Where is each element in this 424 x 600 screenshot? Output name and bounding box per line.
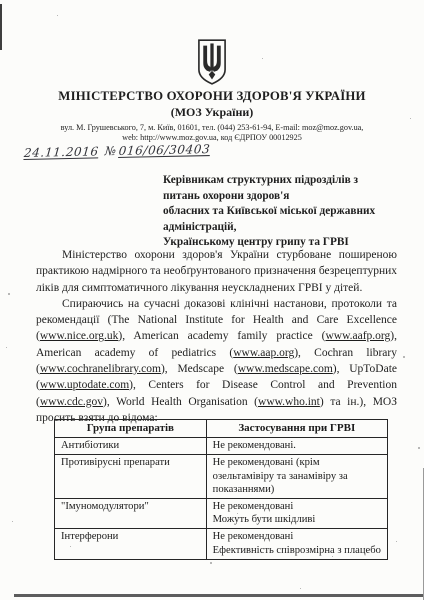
usage-cell: Не рекомендовані Можуть бути шкідливі bbox=[206, 499, 387, 529]
ukraine-trident-emblem-icon bbox=[194, 38, 230, 86]
scan-speck bbox=[237, 513, 238, 514]
address-line-1: вул. М. Грушевського, 7, м. Київ, 01601,… bbox=[0, 123, 424, 133]
link-url: www.who.int bbox=[258, 396, 320, 408]
letter-date: 24.11.2016 bbox=[23, 144, 99, 160]
scan-speck bbox=[57, 15, 58, 16]
usage-line: Можуть бути шкідливі bbox=[213, 513, 381, 526]
scan-speck bbox=[8, 293, 10, 295]
scanned-letter-page: МІНІСТЕРСТВО ОХОРОНИ ЗДОРОВ'Я УКРАЇНИ (М… bbox=[0, 0, 424, 600]
usage-line: Ефективність співрозмірна з плацебо bbox=[213, 544, 381, 557]
ministry-short-name: (МОЗ України) bbox=[0, 105, 424, 120]
scan-speck bbox=[6, 347, 7, 348]
text-segment: ), Medscape ( bbox=[161, 363, 238, 375]
link-url: www.cdc.gov bbox=[40, 396, 103, 408]
letter-body: Міністерство охорони здоров'я України ст… bbox=[36, 247, 397, 426]
table-row-antibiotics: Антибіотики Не рекомендовані. bbox=[55, 438, 388, 455]
table-row-antivirals: Противірусні препарати Не рекомендовані … bbox=[55, 455, 388, 499]
column-header-group: Група препаратів bbox=[55, 420, 207, 438]
scan-speck bbox=[70, 546, 71, 547]
scan-speck bbox=[403, 356, 405, 358]
link-url: www.uptodate.com bbox=[40, 379, 129, 391]
scan-speck bbox=[396, 541, 397, 542]
scan-speck bbox=[418, 447, 420, 449]
usage-cell: Не рекомендовані (крім озельтамівіру та … bbox=[206, 455, 387, 499]
handwritten-reference: 24.11.2016№016/06/30403 bbox=[23, 142, 210, 160]
group-cell: "Імуномодулятори" bbox=[55, 499, 207, 529]
link-url: www.cochranelibrary.com bbox=[40, 363, 161, 375]
table-row-immunomodulators: "Імуномодулятори" Не рекомендовані Можут… bbox=[55, 499, 388, 529]
paragraph-recommendations: Спираючись на сучасні доказові клінічні … bbox=[36, 296, 397, 426]
usage-line: Не рекомендовані bbox=[213, 500, 381, 513]
ministry-address: вул. М. Грушевського, 7, м. Київ, 01601,… bbox=[0, 123, 424, 143]
link-url: www.aap.org bbox=[233, 347, 294, 359]
paragraph-concern: Міністерство охорони здоров'я України ст… bbox=[36, 247, 397, 296]
link-url: www.nice.org.uk bbox=[40, 330, 119, 342]
scan-speck bbox=[12, 521, 13, 522]
table-header-row: Група препаратів Застосування при ГРВІ bbox=[55, 420, 388, 438]
scan-speck bbox=[410, 118, 411, 119]
recipient-line: Керівникам структурних підрозділів з bbox=[163, 173, 375, 189]
scan-speck bbox=[300, 588, 301, 589]
group-cell: Антибіотики bbox=[55, 438, 207, 455]
link-url: www.medscape.com bbox=[238, 363, 333, 375]
recipient-line: обласних та Київської міської державних bbox=[163, 204, 375, 220]
usage-line: Не рекомендовані bbox=[213, 530, 381, 543]
text-segment: ), American academy family practice ( bbox=[118, 330, 325, 342]
scan-speck bbox=[262, 58, 263, 59]
recipient-line: питань охорони здоров'я bbox=[163, 189, 375, 205]
group-cell: Інтерферони bbox=[55, 529, 207, 559]
table-row-interferons: Інтерферони Не рекомендовані Ефективніст… bbox=[55, 529, 388, 559]
usage-cell: Не рекомендовані Ефективність співрозмір… bbox=[206, 529, 387, 559]
scan-edge-artifact-bottom bbox=[14, 594, 424, 597]
recipient-line: адміністрацій, bbox=[163, 220, 375, 236]
scan-edge-artifact-left bbox=[0, 4, 2, 50]
letter-number: 016/06/30403 bbox=[118, 142, 211, 158]
text-segment: ), World Health Organisation ( bbox=[103, 396, 258, 408]
scan-speck bbox=[210, 562, 212, 564]
scan-speck bbox=[332, 556, 333, 557]
drug-groups-table: Група препаратів Застосування при ГРВІ А… bbox=[54, 419, 388, 560]
ministry-title: МІНІСТЕРСТВО ОХОРОНИ ЗДОРОВ'Я УКРАЇНИ bbox=[0, 89, 424, 104]
number-sign: № bbox=[104, 144, 117, 158]
address-line-2: web: http://www.moz.gov.ua, код ЄДРПОУ 0… bbox=[0, 133, 424, 143]
recipients-block: Керівникам структурних підрозділів з пит… bbox=[163, 173, 375, 251]
usage-cell: Не рекомендовані. bbox=[206, 438, 387, 455]
letterhead: МІНІСТЕРСТВО ОХОРОНИ ЗДОРОВ'Я УКРАЇНИ (М… bbox=[0, 38, 424, 143]
group-cell: Противірусні препарати bbox=[55, 455, 207, 499]
link-url: www.aafp.org bbox=[325, 330, 390, 342]
column-header-usage: Застосування при ГРВІ bbox=[206, 420, 387, 438]
